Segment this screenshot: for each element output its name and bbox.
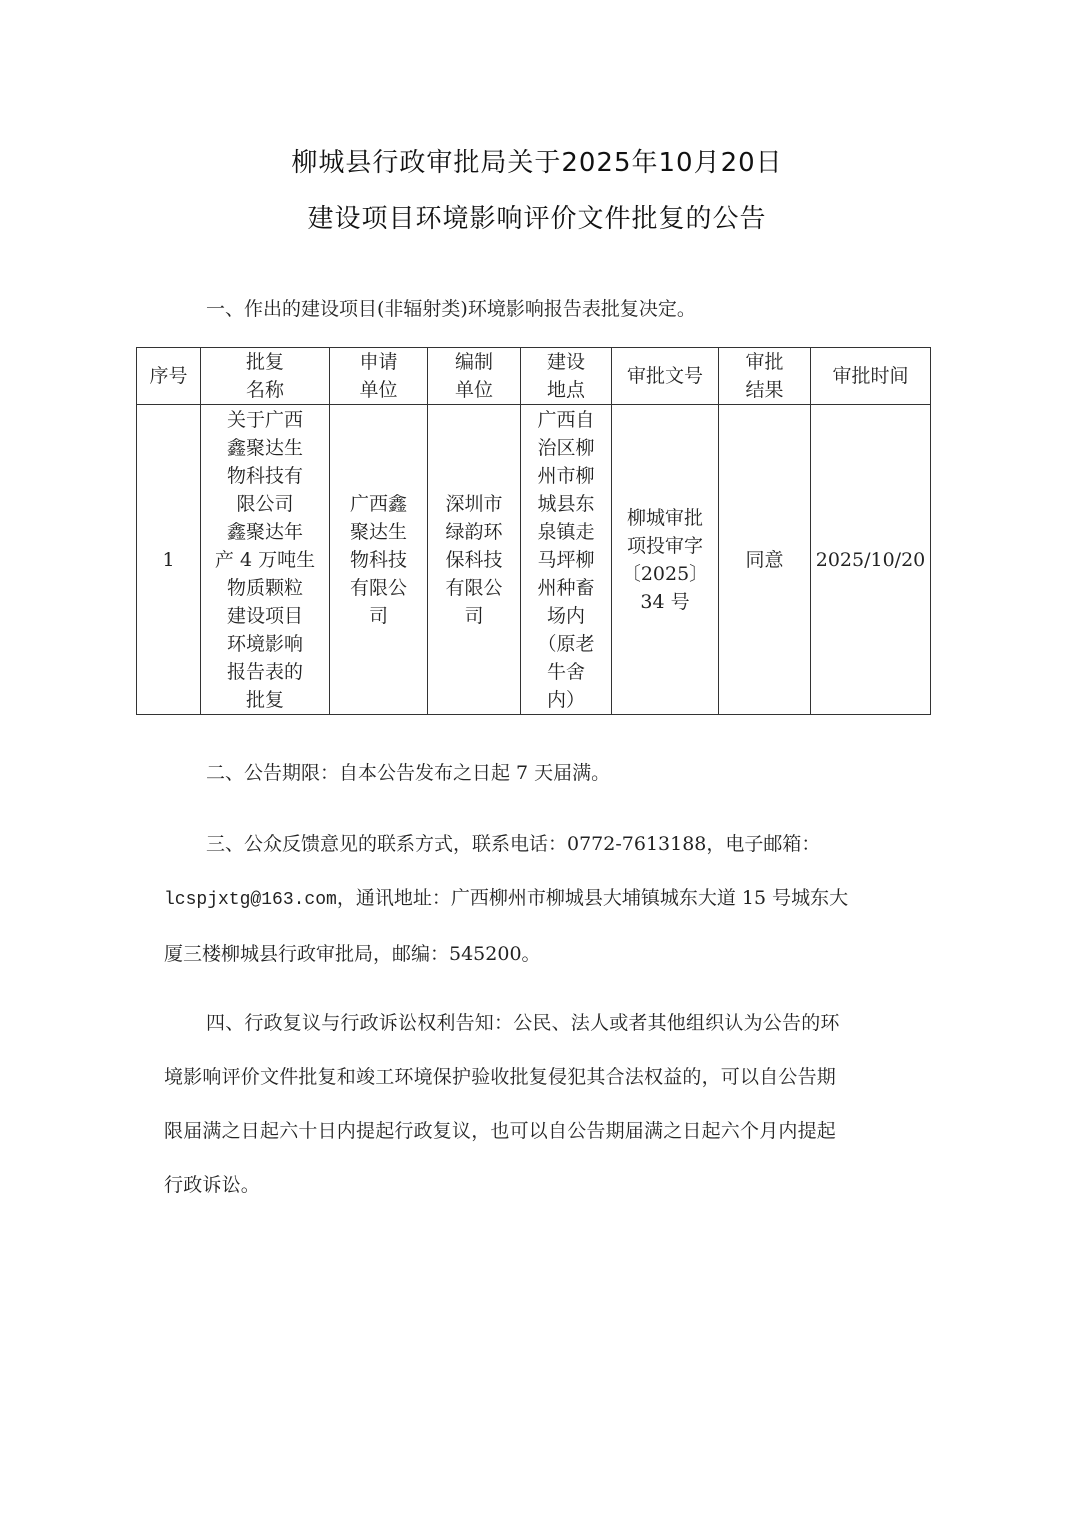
cell-line: 聚达生	[332, 518, 425, 546]
section-4-line-3: 限届满之日起六十日内提起行政复议，也可以自公告期届满之日起六个月内提起	[164, 1104, 916, 1158]
section-3-line-2: lcspjxtg@163.com，通讯地址：广西柳州市柳城县大埔镇城东大道 15…	[164, 871, 916, 927]
cell-line: 鑫聚达生	[203, 434, 327, 462]
cell-line: 广西自	[523, 406, 609, 434]
table-header-row: 序号 批复名称 申请单位 编制单位 建设地点 审批文号 审批结果 审批时间	[137, 348, 931, 405]
cell-line: 建设项目	[203, 602, 327, 630]
cell-line: 司	[332, 602, 425, 630]
cell-line: 物科技有	[203, 462, 327, 490]
cell-line: 批复	[203, 686, 327, 714]
section-3-line-1: 三、公众反馈意见的联系方式，联系电话：0772-7613188，电子邮箱：	[164, 817, 916, 871]
cell-line: 治区柳	[523, 434, 609, 462]
cell-line: 城县东	[523, 490, 609, 518]
header-approval-name: 批复名称	[201, 348, 330, 405]
cell-line: 物科技	[332, 546, 425, 574]
document-title-line-1: 柳城县行政审批局关于2025年10月20日	[0, 142, 1074, 179]
cell-line: 内）	[523, 686, 609, 714]
cell-line: 〔2025〕	[614, 560, 716, 588]
cell-line: 深圳市	[430, 490, 518, 518]
contact-address: ，通讯地址：广西柳州市柳城县大埔镇城东大道 15 号城东大	[337, 887, 848, 909]
cell-index: 1	[137, 405, 201, 715]
section-3-contact: 三、公众反馈意见的联系方式，联系电话：0772-7613188，电子邮箱： lc…	[164, 817, 916, 981]
cell-location: 广西自治区柳州市柳城县东泉镇走马坪柳州种畜场内（原老牛舍内）	[521, 405, 612, 715]
cell-approval-date: 2025/10/20	[811, 405, 931, 715]
header-index: 序号	[137, 348, 201, 405]
cell-line: 报告表的	[203, 658, 327, 686]
cell-line: 批复	[203, 348, 327, 376]
cell-approval-number: 柳城审批项投审字〔2025〕34 号	[612, 405, 719, 715]
header-compiler: 编制单位	[428, 348, 521, 405]
section-4-legal-rights: 四、行政复议与行政诉讼权利告知：公民、法人或者其他组织认为公告的环 境影响评价文…	[164, 996, 916, 1212]
cell-line: 审批时间	[813, 362, 928, 390]
cell-line: 州种畜	[523, 574, 609, 602]
cell-line: 结果	[721, 376, 808, 404]
cell-line: 有限公	[430, 574, 518, 602]
header-approval-number: 审批文号	[612, 348, 719, 405]
cell-line: 序号	[139, 362, 198, 390]
section-4-line-2: 境影响评价文件批复和竣工环境保护验收批复侵犯其合法权益的，可以自公告期	[164, 1050, 916, 1104]
header-approval-result: 审批结果	[719, 348, 811, 405]
header-applicant: 申请单位	[330, 348, 428, 405]
cell-line: 编制	[430, 348, 518, 376]
cell-approval-name: 关于广西鑫聚达生物科技有限公司鑫聚达年产 4 万吨生物质颗粒建设项目环境影响报告…	[201, 405, 330, 715]
cell-line: 物质颗粒	[203, 574, 327, 602]
cell-line: 34 号	[614, 588, 716, 616]
header-location: 建设地点	[521, 348, 612, 405]
cell-line: 州市柳	[523, 462, 609, 490]
cell-line: 鑫聚达年	[203, 518, 327, 546]
section-2-notice-period: 二、公告期限：自本公告发布之日起 7 天届满。	[164, 746, 958, 800]
cell-line: 环境影响	[203, 630, 327, 658]
cell-line: 绿韵环	[430, 518, 518, 546]
section-1-heading: 一、作出的建设项目(非辐射类)环境影响报告表批复决定。	[164, 282, 958, 336]
header-approval-date: 审批时间	[811, 348, 931, 405]
cell-line: 马坪柳	[523, 546, 609, 574]
cell-approval-result: 同意	[719, 405, 811, 715]
cell-line: 场内	[523, 602, 609, 630]
approval-table: 序号 批复名称 申请单位 编制单位 建设地点 审批文号 审批结果 审批时间 1 …	[136, 347, 931, 715]
cell-line: 牛舍	[523, 658, 609, 686]
cell-line: 广西鑫	[332, 490, 425, 518]
cell-compiler: 深圳市绿韵环保科技有限公司	[428, 405, 521, 715]
cell-line: 审批文号	[614, 362, 716, 390]
section-3-line-3: 厦三楼柳城县行政审批局，邮编：545200。	[164, 927, 916, 981]
contact-email: lcspjxtg@163.com	[164, 890, 337, 910]
cell-line: 司	[430, 602, 518, 630]
cell-line: 泉镇走	[523, 518, 609, 546]
cell-line: 单位	[430, 376, 518, 404]
cell-line: 项投审字	[614, 532, 716, 560]
cell-line: （原老	[523, 630, 609, 658]
section-4-line-1: 四、行政复议与行政诉讼权利告知：公民、法人或者其他组织认为公告的环	[164, 996, 916, 1050]
document-title-line-2: 建设项目环境影响评价文件批复的公告	[0, 198, 1074, 235]
cell-line: 关于广西	[203, 406, 327, 434]
cell-line: 审批	[721, 348, 808, 376]
cell-line: 申请	[332, 348, 425, 376]
cell-line: 名称	[203, 376, 327, 404]
cell-line: 限公司	[203, 490, 327, 518]
table-row: 1 关于广西鑫聚达生物科技有限公司鑫聚达年产 4 万吨生物质颗粒建设项目环境影响…	[137, 405, 931, 715]
cell-line: 产 4 万吨生	[203, 546, 327, 574]
cell-line: 有限公	[332, 574, 425, 602]
cell-line: 保科技	[430, 546, 518, 574]
cell-applicant: 广西鑫聚达生物科技有限公司	[330, 405, 428, 715]
cell-line: 建设	[523, 348, 609, 376]
cell-line: 柳城审批	[614, 504, 716, 532]
section-4-line-4: 行政诉讼。	[164, 1158, 916, 1212]
cell-line: 地点	[523, 376, 609, 404]
cell-line: 单位	[332, 376, 425, 404]
